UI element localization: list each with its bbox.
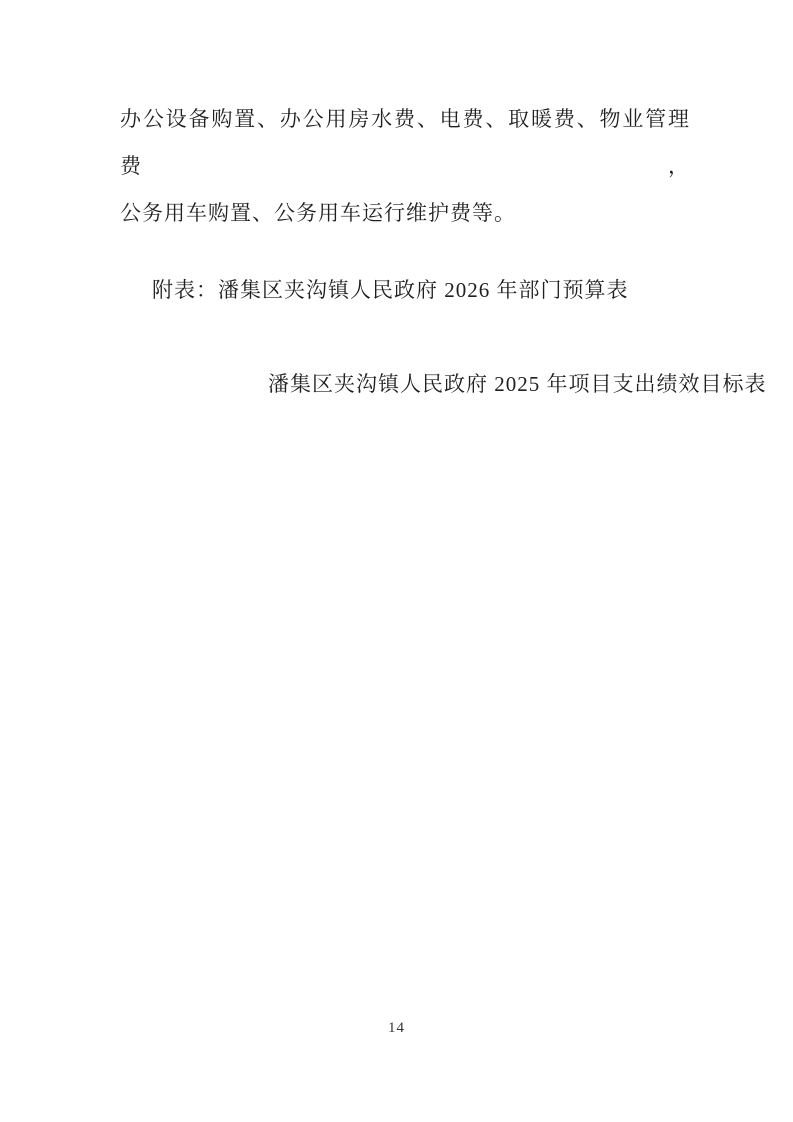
attachment-row-1: 附表：潘集区夹沟镇人民政府 2026 年部门预算表: [120, 267, 690, 314]
page-number: 14: [388, 1020, 405, 1036]
document-page: 办公设备购置、办公用房水费、电费、取暖费、物业管理费， 公务用车购置、公务用车运…: [0, 0, 793, 1122]
attachment-item-1: 潘集区夹沟镇人民政府 2026 年部门预算表: [218, 267, 629, 314]
attachment-row-2: 潘集区夹沟镇人民政府 2025 年项目支出绩效目标表: [120, 314, 690, 455]
body-paragraph-line-2: 公务用车购置、公务用车运行维护费等。: [120, 190, 690, 237]
attachment-list: 附表：潘集区夹沟镇人民政府 2026 年部门预算表 潘集区夹沟镇人民政府 202…: [120, 267, 690, 455]
attachment-label: 附表：: [152, 267, 218, 314]
page-content: 办公设备购置、办公用房水费、电费、取暖费、物业管理费， 公务用车购置、公务用车运…: [120, 96, 690, 455]
body-paragraph-line-1: 办公设备购置、办公用房水费、电费、取暖费、物业管理费，: [120, 96, 690, 190]
attachment-item-2: 潘集区夹沟镇人民政府 2025 年项目支出绩效目标表: [268, 372, 767, 396]
page-footer: 14: [0, 1020, 793, 1037]
